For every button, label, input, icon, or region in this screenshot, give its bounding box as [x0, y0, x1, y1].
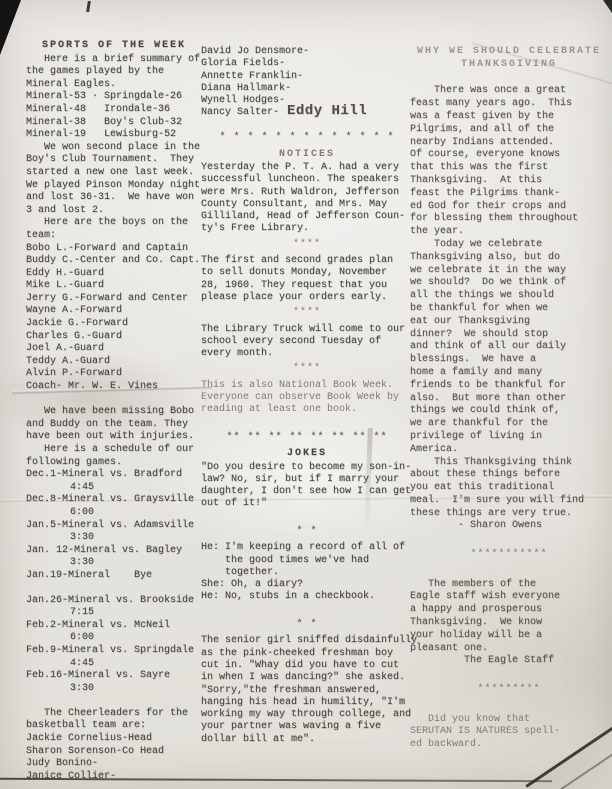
ink-mark — [86, 1, 91, 12]
schedule-time: 3:30 — [26, 532, 208, 545]
column-right: WHY WE SHOULD CELEBRATE THANKSGIVING The… — [410, 44, 608, 752]
eagle-staff-message: The members of the Eagle staff wish ever… — [410, 566, 608, 668]
jokes-heading: JOKES — [201, 448, 413, 460]
pta-notice: Yesterday the P. T. A. had a very succes… — [201, 162, 413, 236]
game-scores: Mineral-53 · Springdale-26 Mineral-48 Ir… — [26, 91, 208, 141]
sports-heading: SPORTS OF THE WEEK — [26, 40, 208, 53]
schedule-time: 3:30 — [26, 557, 208, 570]
game-schedule: Dec.1-Mineral vs. Bradford4:45Dec.8-Mine… — [26, 469, 208, 695]
schedule-time: 4:45 — [26, 482, 208, 495]
spacer — [26, 583, 208, 595]
schedule-time: 6:00 — [26, 507, 208, 520]
joke-son-in-law: "Do you desire to become my son-in- law?… — [201, 462, 413, 511]
schedule-time: 7:15 — [26, 607, 208, 620]
donut-sale-notice: The first and second grades plan to sell… — [201, 255, 413, 304]
team-roster: Bobo L.-Forward and Captain Buddy C.-Cen… — [26, 243, 208, 394]
library-truck-notice: The Library Truck will come to our schoo… — [201, 324, 413, 361]
serutan-trivia: Did you know that SERUTAN IS NATURES spe… — [410, 701, 608, 752]
schedule-game: Jan.26-Mineral vs. Brookside — [26, 595, 208, 608]
star-separator: **** — [201, 307, 413, 319]
joke-freshman: The senior girl sniffed disdainfully as … — [201, 635, 413, 746]
star-separator: * * * * * * * * * * * * * — [201, 120, 413, 145]
schedule-time: 3:30 — [26, 683, 208, 696]
thanksgiving-heading: WHY WE SHOULD CELEBRATE THANKSGIVING — [410, 46, 608, 72]
joke-checkbook: He: I'm keeping a record of all of the g… — [201, 542, 413, 603]
scanned-newspaper-page: SPORTS OF THE WEEK Here is a brief summa… — [0, 0, 612, 789]
star-separator: *********** — [410, 536, 608, 562]
schedule-game: Feb.9-Mineral vs. Springdale — [26, 645, 208, 658]
column-middle: David Jo Densmore- Gloria Fields- Annett… — [201, 46, 413, 746]
star-separator: * * — [201, 514, 413, 539]
schedule-game: Feb.16-Mineral vs. Sayre — [26, 670, 208, 683]
schedule-game: Dec.1-Mineral vs. Bradford — [26, 469, 208, 482]
star-separator: **** — [201, 239, 413, 251]
thanksgiving-essay-2: Today we celebrate Thanksgiving also, bu… — [410, 239, 608, 457]
cheerleaders-list: Jackie Cornelius-Head Sharon Sorenson-Co… — [26, 733, 208, 783]
thanksgiving-essay-3: This Thanksgiving think about these thin… — [410, 457, 608, 534]
roster-intro: Here are the boys on the team: — [26, 217, 208, 242]
tournament-summary: We won second place in the Boy's Club To… — [26, 142, 208, 218]
notices-heading: NOTICES — [201, 149, 413, 161]
schedule-game: Jan.5-Mineral vs. Adamsville — [26, 520, 208, 533]
star-separator: * * — [201, 607, 413, 632]
star-separator: ** ** ** ** ** ** ** ** — [201, 420, 413, 445]
injury-note: We have been missing Bobo and Buddy on t… — [26, 394, 208, 444]
thanksgiving-essay-1: There was once a great feast many years … — [410, 73, 608, 239]
column-left: SPORTS OF THE WEEK Here is a brief summa… — [26, 38, 208, 783]
schedule-game: Dec.8-Mineral vs. Graysville — [26, 494, 208, 507]
schedule-intro: Here is a schedule of our following game… — [26, 444, 208, 469]
sports-intro: Here is a brief summary of the games pla… — [26, 54, 208, 92]
schedule-time: 6:00 — [26, 632, 208, 645]
paper-sheet: SPORTS OF THE WEEK Here is a brief summa… — [0, 0, 612, 789]
schedule-game: Feb.2-Mineral vs. McNeil — [26, 620, 208, 633]
star-separator: ********* — [410, 671, 608, 697]
eddy-hill-signature: Eddy Hill — [287, 105, 413, 117]
schedule-time: 4:45 — [26, 658, 208, 671]
cheerleaders-intro: The Cheerleaders for the basketball team… — [26, 695, 208, 733]
schedule-game: Jan.19-Mineral Bye — [26, 570, 208, 583]
star-separator: **** — [201, 363, 413, 375]
schedule-game: Jan. 12-Mineral vs. Bagley — [26, 545, 208, 558]
book-week-notice: This is also National Book Week. Everyon… — [201, 380, 413, 417]
